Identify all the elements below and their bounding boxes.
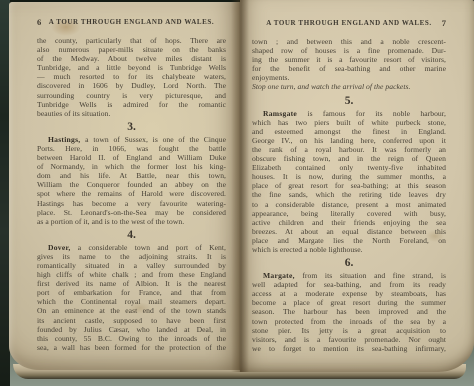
text-line: romantically situated in a valley surrou… [37, 261, 226, 270]
text-line: sea, a wall has been formed for the prot… [37, 343, 226, 352]
page-text: the county, particularly that of hops. T… [37, 36, 226, 352]
text-line: founded by Julius Cæsar, who landed at D… [37, 325, 226, 334]
page-number: 6 [37, 17, 41, 27]
text-line: Margate, from its situation and fine str… [252, 271, 446, 280]
text-line: George IV., on his landing here, conferr… [252, 136, 446, 145]
text-line: town protected from the inroads of the s… [252, 317, 446, 326]
text-line: visitors, and is a favourite promenade. … [252, 335, 446, 344]
text-line: access at a moderate expense by steamboa… [252, 289, 446, 298]
text-line: between Harold II. of England and Willia… [37, 153, 226, 162]
text-line: and esteemed amongst the finest in Engla… [252, 127, 446, 136]
running-title: A TOUR THROUGH ENGLAND AND WALES. [252, 19, 446, 27]
text-line: Dover, a considerable town and port of K… [37, 243, 226, 252]
left-page: 6 A TOUR THROUGH ENGLAND AND WALES. the … [9, 2, 240, 370]
text-line: appearance, being literally covered with… [252, 209, 446, 218]
text-line: which is erected a noble lighthouse. [252, 245, 446, 254]
text-line: place. St. Leonard's-on-the-Sea may be c… [37, 208, 226, 217]
paragraph: Dover, a considerable town and port of K… [37, 243, 226, 352]
text-line: enjoyments. [252, 73, 446, 82]
text-line: well adapted for sea-bathing, and from i… [252, 280, 446, 289]
text-line: Stop one turn, and watch the arrival of … [252, 82, 446, 91]
right-page: 7 A TOUR THROUGH ENGLAND AND WALES. town… [240, 0, 474, 372]
text-line: of the Medway. About twelve miles distan… [37, 54, 226, 63]
running-head: 7 A TOUR THROUGH ENGLAND AND WALES. [252, 19, 446, 30]
text-line: also numerous paper-mills situate on the… [37, 45, 226, 54]
text-line: Tunbridge, and a little beyond is Tunbri… [37, 63, 226, 72]
section-number: 4. [37, 229, 226, 241]
running-head: 6 A TOUR THROUGH ENGLAND AND WALES. [37, 18, 226, 29]
paragraph: Margate, from its situation and fine str… [252, 271, 446, 353]
text-line: ing the summer it is a favourite resort … [252, 55, 446, 64]
paragraph: Stop one turn, and watch the arrival of … [252, 82, 446, 91]
text-line: which the Continental royal mail steamer… [37, 297, 226, 306]
text-line: for the benefit of sea-bathing and other… [252, 64, 446, 73]
text-line: Hastings, a town of Sussex, is one of th… [37, 135, 226, 144]
text-line: to a considerable distance, present a mo… [252, 200, 446, 209]
page-text: town ; and between this and a noble cres… [252, 37, 446, 353]
text-line: Ports. Here, in 1066, was fought the bat… [37, 144, 226, 153]
text-line: houses. It is now, during the summer mon… [252, 172, 446, 181]
text-line: Hastings has become a very favourite wat… [37, 199, 226, 208]
section-number: 3. [37, 121, 226, 133]
text-line: stone pier. Its jetty is a great acquisi… [252, 326, 446, 335]
text-line: obscure fishing town, and in the reign o… [252, 154, 446, 163]
text-line: William the Conqueror founded an abbey o… [37, 180, 226, 189]
text-line: first derived its name of Albion. It is … [37, 279, 226, 288]
text-line: town ; and between this and a noble cres… [252, 37, 446, 46]
text-line: place of great resort for sea-bathing; a… [252, 181, 446, 190]
paragraph: Hastings, a town of Sussex, is one of th… [37, 135, 226, 226]
section-number: 6. [252, 257, 446, 269]
text-line: beauties of its situation. [37, 109, 226, 118]
paragraph: town ; and between this and a noble cres… [252, 37, 446, 82]
book-photo: 6 A TOUR THROUGH ENGLAND AND WALES. the … [0, 0, 474, 386]
text-line: port of embarkation for France, and that… [37, 288, 226, 297]
text-line: — much resorted to for its chalybeate wa… [37, 72, 226, 81]
text-line: we to forget to mention its sea-bathing … [252, 344, 446, 353]
text-line: breezes. At about an equal distance betw… [252, 227, 446, 236]
text-line: dom and his life. At Battle, near this t… [37, 171, 226, 180]
text-line: Ramsgate is famous for its noble harbour… [252, 109, 446, 118]
text-line: the rank of a royal harbour. It was form… [252, 145, 446, 154]
text-line: discovered in 1606 by Dudley, Lord North… [37, 81, 226, 90]
running-title: A TOUR THROUGH ENGLAND AND WALES. [37, 18, 226, 26]
text-line: the county, particularly that of hops. T… [37, 36, 226, 45]
text-line: season. The harbour has been improved an… [252, 307, 446, 316]
text-line: its ancient castle, supposed to have bee… [37, 316, 226, 325]
text-line: spot where the remains of Harold were di… [37, 189, 226, 198]
text-line: place and Margate lies the North Forelan… [252, 236, 446, 245]
page-number: 7 [442, 18, 446, 28]
text-line: shaped row of houses is a fine promenade… [252, 46, 446, 55]
text-line: high cliffs of white chalk ; and from th… [37, 270, 226, 279]
text-line: surrounding country is very picturesque,… [37, 91, 226, 100]
paragraph: Ramsgate is famous for its noble harbour… [252, 109, 446, 255]
text-line: of Normandy, in which the former lost hi… [37, 162, 226, 171]
text-line: active children and their friends enjoyi… [252, 218, 446, 227]
text-line: become a place of great resort during th… [252, 298, 446, 307]
text-line: as a portion of it, and is to the west o… [37, 217, 226, 226]
section-number: 5. [252, 95, 446, 107]
text-line: gives its name to the adjoining straits.… [37, 252, 226, 261]
paragraph: the county, particularly that of hops. T… [37, 36, 226, 118]
text-line: Elizabeth contained only twenty-five inh… [252, 163, 446, 172]
text-line: this county, 55 B.C. Owing to the inroad… [37, 334, 226, 343]
text-line: which has two piers built of white purbe… [252, 118, 446, 127]
text-line: On an eminence at the east end of the to… [37, 306, 226, 315]
text-line: Tunbridge Wells is admired for the roman… [37, 100, 226, 109]
text-line: the fine sands, which the retiring tide … [252, 190, 446, 199]
